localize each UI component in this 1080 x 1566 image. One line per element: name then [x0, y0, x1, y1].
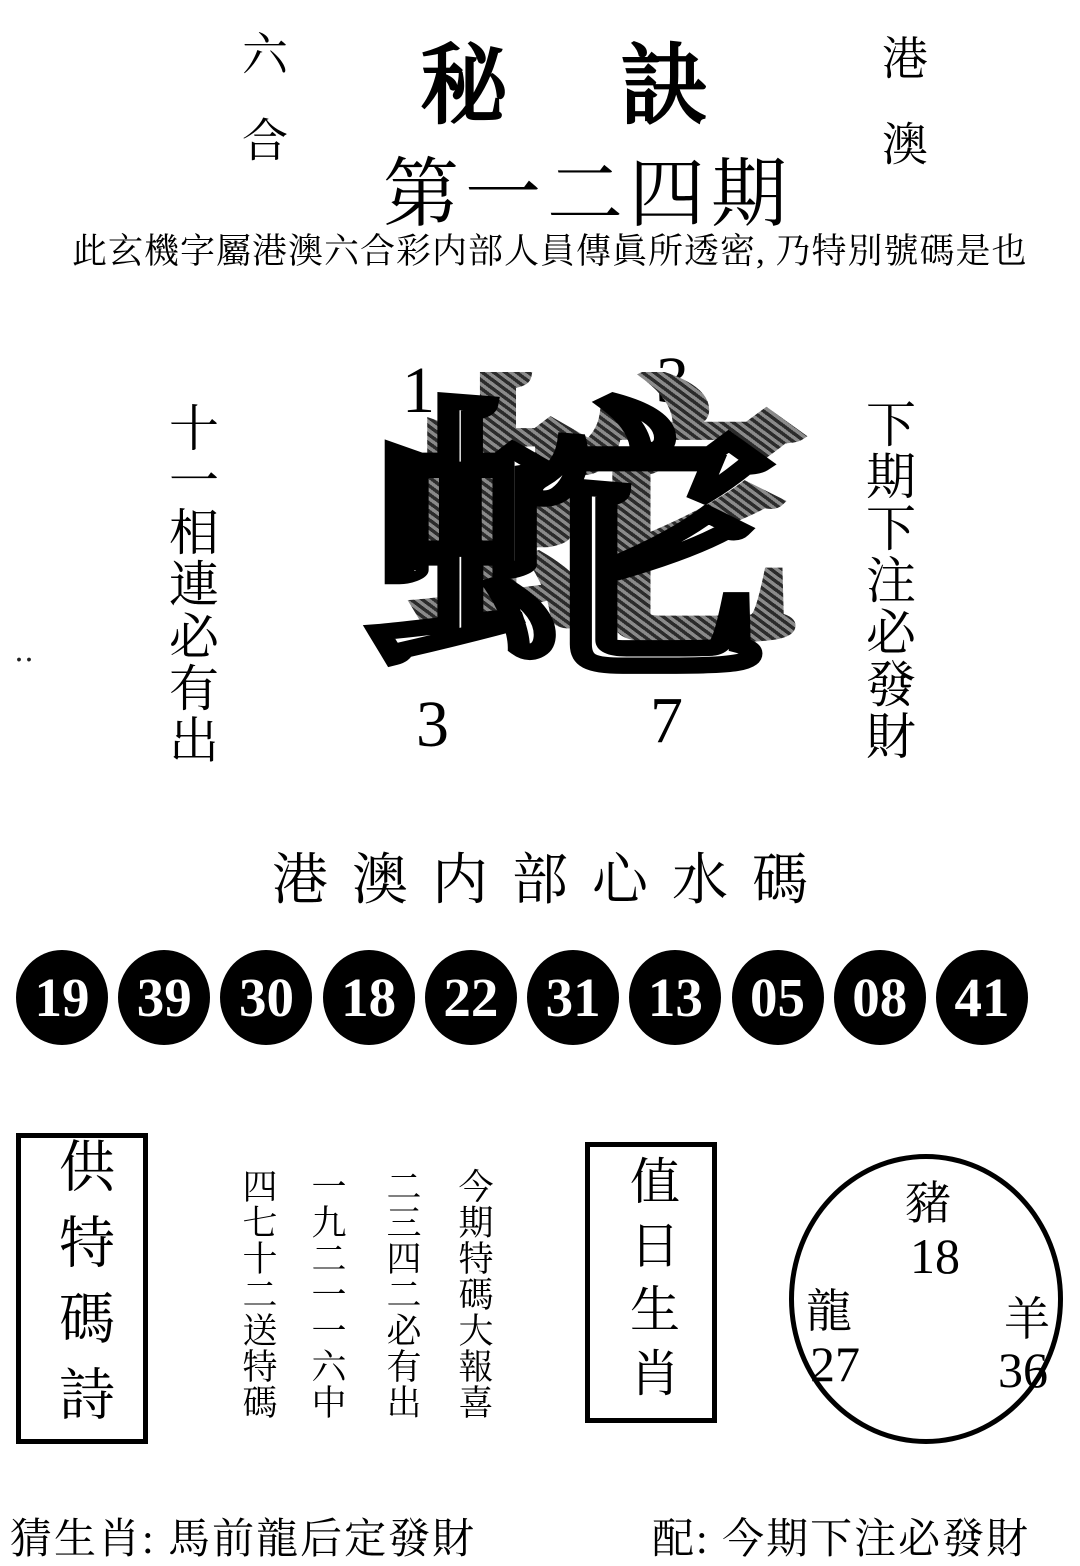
hot-number-ball: 08	[834, 950, 926, 1045]
duty-zodiac-circle: 豬 18 龍 27 羊 36	[789, 1154, 1063, 1444]
poem-line: 一九二一一六中	[309, 1168, 344, 1420]
hot-number-ball: 19	[16, 950, 108, 1045]
zodiac-character-art: 蛇 蛇	[365, 400, 784, 710]
right-slogan: 下期下注必發財	[862, 398, 912, 762]
duty-zodiac-label: 值日生肖	[626, 1155, 676, 1411]
zodiac-number-top: 18	[910, 1231, 960, 1281]
subtitle-text: 此玄機字屬港澳六合彩内部人員傳眞所透密, 乃特別號碼是也	[72, 224, 1028, 274]
hot-number-ball: 05	[732, 950, 824, 1045]
poem-line: 今期特碼大報喜	[456, 1168, 491, 1420]
brand-left-label: 六合	[238, 30, 284, 202]
poem-line: 二三四二必有出	[384, 1168, 419, 1420]
zodiac-animal-left: 龍	[806, 1289, 852, 1335]
hot-number-ball: 31	[527, 950, 619, 1045]
poem-line: 四七十二送特碼	[240, 1168, 275, 1420]
hot-number-ball: 18	[323, 950, 415, 1045]
hot-number-ball: 13	[629, 950, 721, 1045]
left-slogan: 十一相連必有出	[165, 402, 215, 766]
hot-number-ball: 41	[936, 950, 1028, 1045]
zodiac-animal-top: 豬	[905, 1181, 951, 1227]
hot-numbers-heading: 港澳内部心水碼	[0, 836, 1080, 916]
page-title: 秘訣	[420, 16, 820, 142]
zodiac-number-right: 36	[998, 1345, 1048, 1395]
poem-box-label: 供特碼詩	[54, 1137, 110, 1441]
brand-right-label: 港澳	[878, 34, 924, 206]
duty-zodiac-box: 值日生肖	[585, 1142, 717, 1423]
hot-number-ball: 30	[220, 950, 312, 1045]
footer-zodiac-guess: 猜生肖: 馬前龍后定發財	[10, 1506, 476, 1566]
footer-pairing-tip: 配: 今期下注必發財	[652, 1506, 1030, 1566]
scan-noise-dots: ‥	[14, 634, 40, 669]
hot-number-ball: 39	[118, 950, 210, 1045]
poem-box: 供特碼詩	[16, 1133, 148, 1444]
zodiac-number-left: 27	[810, 1339, 860, 1389]
zodiac-character: 蛇	[365, 400, 770, 700]
lottery-tip-sheet: 六合 秘訣 港澳 第一二四期 此玄機字屬港澳六合彩内部人員傳眞所透密, 乃特別號…	[0, 0, 1080, 1566]
hot-numbers-row: 19 39 30 18 22 31 13 05 08 41	[16, 950, 1028, 1045]
zodiac-animal-right: 羊	[1004, 1297, 1050, 1343]
hot-number-ball: 22	[425, 950, 517, 1045]
